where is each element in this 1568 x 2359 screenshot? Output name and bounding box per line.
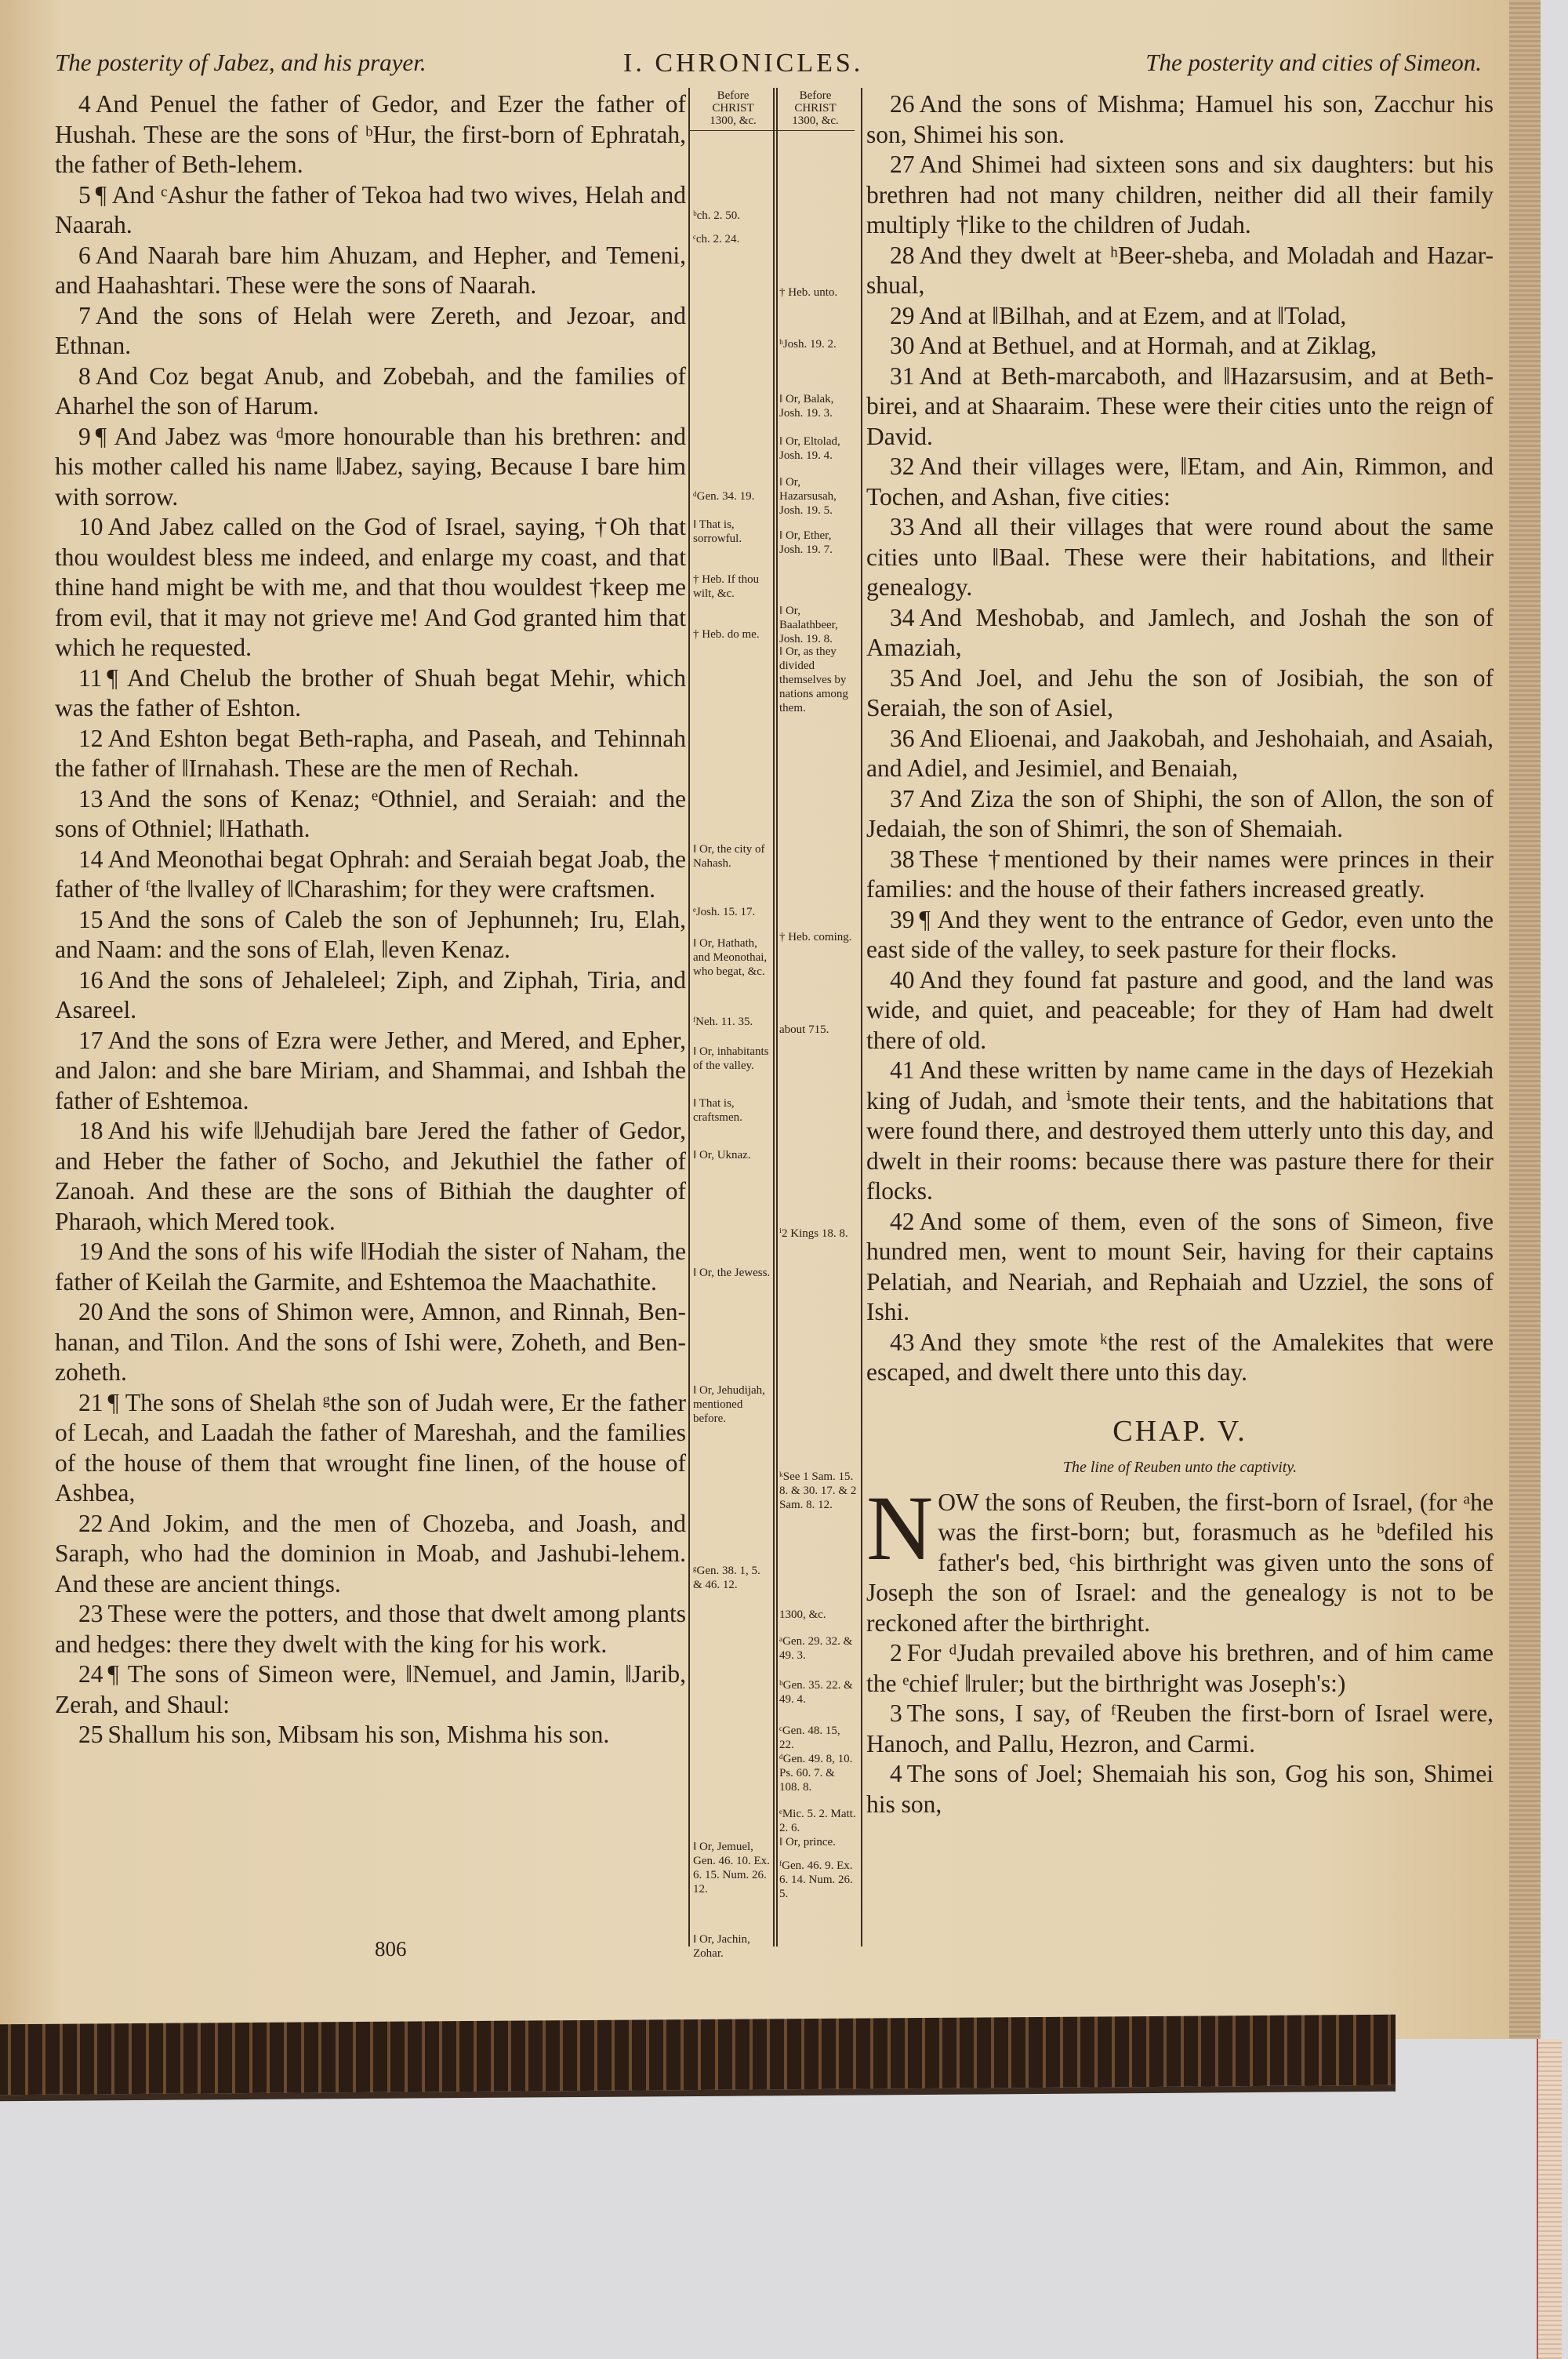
verse-number: 33: [890, 513, 915, 540]
verse: 4The sons of Joel; Shemaiah his son, Gog…: [866, 1759, 1494, 1819]
verse-text: And Jokim, and the men of Chozeba, and J…: [55, 1510, 686, 1598]
verse-number: 42: [890, 1208, 915, 1235]
book-page: The posterity of Jabez, and his prayer. …: [0, 0, 1541, 2039]
verse: 8And Coz begat Anub, and Zobebah, and th…: [55, 362, 686, 422]
verse-number: 13: [78, 785, 103, 812]
verse-text: And at Bethuel, and at Hormah, and at Zi…: [920, 332, 1377, 359]
verse: 15And the sons of Caleb the son of Jephu…: [55, 905, 686, 965]
chapter-5-verses: NOW the sons of Reuben, the first-born o…: [866, 1488, 1494, 1820]
verse-text: And they found fat pasture and good, and…: [866, 966, 1494, 1054]
margin-note: † Heb. unto.: [779, 285, 858, 300]
verse: 36And Elioenai, and Jaakobah, and Jeshoh…: [866, 724, 1494, 784]
verse-text: ¶ The sons of Shelah ᵍthe son of Judah w…: [55, 1389, 686, 1507]
margin-note: ᵇGen. 35. 22. & 49. 4.: [779, 1678, 858, 1707]
margin-note: ⁱ2 Kings 18. 8.: [779, 1227, 858, 1241]
verse-number: 41: [890, 1056, 915, 1084]
verse: 27And Shimei had sixteen sons and six da…: [866, 150, 1494, 241]
verse-text: ¶ And they went to the entrance of Gedor…: [866, 906, 1494, 964]
verse: 28And they dwelt at ʰBeer-sheba, and Mol…: [866, 241, 1494, 301]
verse: 37And Ziza the son of Shiphi, the son of…: [866, 784, 1494, 845]
column-rule: [861, 88, 862, 1946]
verse-number: 4: [890, 1760, 902, 1787]
verse: 12And Eshton begat Beth-rapha, and Pasea…: [55, 724, 686, 784]
verse-number: 5: [78, 181, 91, 209]
verse-number: 32: [890, 453, 915, 480]
chapter-summary: The line of Reuben unto the captivity.: [866, 1452, 1494, 1483]
verse-text: And the sons of Ezra were Jether, and Me…: [55, 1027, 686, 1114]
verse-number: 10: [78, 513, 103, 540]
verse: 19And the sons of his wife ‖Hodiah the s…: [55, 1237, 686, 1297]
margin-note: ᵉMic. 5. 2. Matt. 2. 6.: [779, 1807, 858, 1835]
verse-number: 19: [78, 1238, 103, 1265]
verse-text: These †mentioned by their names were pri…: [866, 845, 1494, 903]
verse-text: And Ziza the son of Shiphi, the son of A…: [866, 785, 1494, 843]
verse: 4And Penuel the father of Gedor, and Eze…: [55, 89, 686, 180]
verse-text: ¶ And ᶜAshur the father of Tekoa had two…: [55, 181, 686, 239]
verse: 13And the sons of Kenaz; ᵉOthniel, and S…: [55, 784, 686, 845]
verse-number: 12: [78, 725, 103, 752]
verse-text: Shallum his son, Mibsam his son, Mishma …: [108, 1721, 610, 1748]
page-edges: [1509, 0, 1541, 2039]
verse-number: 37: [890, 785, 915, 812]
verse: 10And Jabez called on the God of Israel,…: [55, 512, 686, 663]
margin-note: ‖ Or, Ether, Josh. 19. 7.: [779, 529, 858, 557]
margin-note: ᶜGen. 48. 15, 22.: [779, 1724, 858, 1752]
margin-note: ‖ Or, the Jewess.: [693, 1266, 771, 1280]
verse-text: And Penuel the father of Gedor, and Ezer…: [55, 90, 686, 178]
verse-text: And the sons of Jehaleleel; Ziph, and Zi…: [55, 966, 686, 1024]
verse-number: 6: [78, 242, 91, 269]
verse: 5¶ And ᶜAshur the father of Tekoa had tw…: [55, 180, 686, 241]
verse-text: And Jabez called on the God of Israel, s…: [55, 513, 686, 661]
verse: 34And Meshobab, and Jamlech, and Joshah …: [866, 603, 1494, 663]
verse-number: 8: [78, 362, 91, 390]
verse-number: 21: [78, 1389, 103, 1416]
margin-note: ᵈGen. 49. 8, 10. Ps. 60. 7. & 108. 8.: [779, 1752, 858, 1794]
verse-number: 17: [78, 1027, 103, 1054]
verse-number: 30: [890, 332, 915, 359]
verse-text: And the sons of his wife ‖Hodiah the sis…: [55, 1238, 686, 1296]
margin-note: ‖ Or, prince.: [779, 1835, 858, 1849]
verse-text: And Shimei had sixteen sons and six daug…: [866, 151, 1494, 238]
verse: 41And these written by name came in the …: [866, 1056, 1494, 1207]
verse-number: 24: [78, 1660, 103, 1688]
verse-number: 43: [890, 1329, 915, 1356]
chapter-title: CHAP. V.: [866, 1416, 1494, 1447]
verse: 14And Meonothai begat Ophrah: and Seraia…: [55, 845, 686, 905]
verse-number: 23: [78, 1600, 103, 1627]
margin-note: ᵍGen. 38. 1, 5. & 46. 12.: [693, 1564, 771, 1592]
margin-note: † Heb. do me.: [693, 627, 771, 642]
verse: 25Shallum his son, Mibsam his son, Mishm…: [55, 1720, 686, 1750]
verse-text: And all their villages that were round a…: [866, 513, 1494, 601]
verse: 40And they found fat pasture and good, a…: [866, 965, 1494, 1056]
margin-note: ‖ Or, Hathath, and Meonothai, who begat,…: [693, 936, 771, 979]
verse: 31And at Beth-marcaboth, and ‖Hazarsusim…: [866, 362, 1494, 453]
margin-note: ᵈGen. 34. 19.: [693, 489, 771, 503]
verse: 21¶ The sons of Shelah ᵍthe son of Judah…: [55, 1388, 686, 1509]
verse-number: 26: [890, 90, 915, 118]
verse-number: 28: [890, 242, 915, 269]
verse-text: And they smote ᵏthe rest of the Amalekit…: [866, 1329, 1494, 1387]
verse-number: 39: [890, 906, 915, 933]
column-rule: [688, 88, 690, 1946]
column-rule: [776, 88, 778, 1946]
margin-note: ᵃGen. 29. 32. & 49. 3.: [779, 1634, 858, 1663]
margin-note: ‖ Or, Baalathbeer, Josh. 19. 8.: [779, 604, 858, 646]
verse: 16And the sons of Jehaleleel; Ziph, and …: [55, 965, 686, 1026]
verse-text: And Coz begat Anub, and Zobebah, and the…: [55, 362, 686, 420]
verse-text: And the sons of Mishma; Hamuel his son, …: [866, 90, 1494, 148]
verse-number: 27: [890, 151, 915, 178]
verse: 20And the sons of Shimon were, Amnon, an…: [55, 1297, 686, 1388]
verse: 42And some of them, even of the sons of …: [866, 1207, 1494, 1328]
chapter-4-continued: 26And the sons of Mishma; Hamuel his son…: [866, 89, 1494, 1388]
margin-note: ᶠGen. 46. 9. Ex. 6. 14. Num. 26. 5.: [779, 1859, 858, 1901]
verse-text: And Meonothai begat Ophrah: and Seraiah …: [55, 845, 686, 903]
margin-note: ‖ Or, inhabitants of the valley.: [693, 1045, 771, 1073]
verse-number: 7: [78, 302, 91, 329]
verse: 11¶ And Chelub the brother of Shuah bega…: [55, 663, 686, 724]
verse: 39¶ And they went to the entrance of Ged…: [866, 905, 1494, 965]
verse: 23These were the potters, and those that…: [55, 1599, 686, 1659]
margin-note: ‖ Or, the city of Nahash.: [693, 842, 771, 871]
column-rule: [773, 88, 775, 1946]
verse-text: The sons of Joel; Shemaiah his son, Gog …: [866, 1760, 1494, 1818]
margin-note: about 715.: [779, 1023, 858, 1037]
margin-note: ʰJosh. 19. 2.: [779, 337, 858, 351]
margin-note: ‖ Or, Balak, Josh. 19. 3.: [779, 392, 858, 420]
margin-note: ᵏSee 1 Sam. 15. 8. & 30. 17. & 2 Sam. 8.…: [779, 1470, 858, 1512]
bookmark-ribbon: [1537, 2039, 1562, 2359]
verse-number: 14: [78, 845, 103, 873]
running-head: The posterity of Jabez, and his prayer. …: [55, 49, 1490, 80]
verse-text: And Joel, and Jehu the son of Josibiah, …: [866, 664, 1494, 722]
verse: 33And all their villages that were round…: [866, 512, 1494, 603]
margin-note: ‖ Or, Jemuel, Gen. 46. 10. Ex. 6. 15. Nu…: [693, 1840, 771, 1896]
verse-text: OW the sons of Reuben, the first-born of…: [866, 1488, 1494, 1637]
margin-note: ᵉJosh. 15. 17.: [693, 905, 771, 919]
verse-text: The sons, I say, of ᶠReuben the first-bo…: [866, 1699, 1494, 1757]
verse: 35And Joel, and Jehu the son of Josibiah…: [866, 663, 1494, 724]
verse: 43And they smote ᵏthe rest of the Amalek…: [866, 1328, 1494, 1388]
margin-note: 1300, &c.: [779, 1608, 858, 1622]
margin-note: ‖ Or, Jachin, Zohar.: [693, 1932, 771, 1961]
verse-number: 40: [890, 966, 915, 994]
verse: 29And at ‖Bilhah, and at Ezem, and at ‖T…: [866, 301, 1494, 332]
margin-note: † Heb. If thou wilt, &c.: [693, 572, 771, 601]
verse: 38These †mentioned by their names were p…: [866, 845, 1494, 905]
margin-note: ‖ That is, sorrowful.: [693, 518, 771, 546]
verse-number: 11: [78, 664, 102, 692]
verse-text: And these written by name came in the da…: [866, 1056, 1494, 1205]
verse-text: And their villages were, ‖Etam, and Ain,…: [866, 453, 1494, 511]
book-cover-edge: [0, 2015, 1396, 2101]
verse-number: 36: [890, 725, 915, 752]
verse-number: 35: [890, 664, 915, 692]
verse-text: ¶ And Chelub the brother of Shuah begat …: [55, 664, 686, 722]
verse-text: And Meshobab, and Jamlech, and Joshah th…: [866, 604, 1494, 662]
verse-number: 31: [890, 362, 915, 390]
running-head-left: The posterity of Jabez, and his prayer.: [55, 49, 426, 77]
verse-number: 22: [78, 1510, 103, 1537]
verse-text: ¶ And Jabez was ᵈmore honourable than hi…: [55, 423, 686, 511]
right-text-column: 26And the sons of Mishma; Hamuel his son…: [866, 89, 1494, 1819]
verse-text: And Eshton begat Beth-rapha, and Paseah,…: [55, 725, 686, 783]
verse: 30And at Bethuel, and at Hormah, and at …: [866, 331, 1494, 362]
running-head-right: The posterity and cities of Simeon.: [1145, 49, 1482, 77]
verse-number: 9: [78, 423, 91, 450]
margin-note: ᶜch. 2. 24.: [693, 232, 771, 246]
verse: 3The sons, I say, of ᶠReuben the first-b…: [866, 1699, 1494, 1759]
drop-cap: N: [866, 1491, 933, 1566]
verse: 24¶ The sons of Simeon were, ‖Nemuel, an…: [55, 1659, 686, 1720]
margin-note: ‖ Or, Uknaz.: [693, 1148, 771, 1162]
verse-number: 16: [78, 966, 103, 994]
verse-number: 25: [78, 1721, 103, 1748]
verse-number: 4: [78, 90, 91, 118]
verse-number: 18: [78, 1117, 103, 1144]
verse: 22And Jokim, and the men of Chozeba, and…: [55, 1509, 686, 1600]
margin-note: ᵇch. 2. 50.: [693, 209, 771, 223]
verse-number: 29: [890, 302, 915, 329]
margin-note: ‖ Or, as they divided themselves by nati…: [779, 645, 858, 715]
margin-notes-right: Before CHRIST 1300, &c. † Heb. unto.ʰJos…: [776, 89, 855, 136]
page-number: 806: [375, 1937, 407, 1961]
margin-note: † Heb. coming.: [779, 930, 858, 944]
verse: 6And Naarah bare him Ahuzam, and Hepher,…: [55, 241, 686, 301]
verse-text: And Elioenai, and Jaakobah, and Jeshohai…: [866, 725, 1494, 783]
margin-note: ‖ Or, Eltolad, Josh. 19. 4.: [779, 434, 858, 463]
verse-text: For ᵈJudah prevailed above his brethren,…: [866, 1639, 1494, 1697]
verse: NOW the sons of Reuben, the first-born o…: [866, 1488, 1494, 1639]
margin-notes-left: Before CHRIST 1300, &c. ᵇch. 2. 50.ᶜch. …: [690, 89, 776, 136]
verse: 2For ᵈJudah prevailed above his brethren…: [866, 1638, 1494, 1699]
verse-text: And they dwelt at ʰBeer-sheba, and Molad…: [866, 242, 1494, 300]
verse-text: And the sons of Helah were Zereth, and J…: [55, 302, 686, 360]
verse: 9¶ And Jabez was ᵈmore honourable than h…: [55, 422, 686, 513]
verse-text: These were the potters, and those that d…: [55, 1600, 686, 1658]
verse-text: ¶ The sons of Simeon were, ‖Nemuel, and …: [55, 1660, 686, 1718]
verse-number: 3: [890, 1699, 902, 1727]
verse: 18And his wife ‖Jehudijah bare Jered the…: [55, 1116, 686, 1237]
verse: 17And the sons of Ezra were Jether, and …: [55, 1026, 686, 1117]
verse-text: And some of them, even of the sons of Si…: [866, 1208, 1494, 1326]
verse-number: 20: [78, 1298, 103, 1325]
verse-text: And at ‖Bilhah, and at Ezem, and at ‖Tol…: [920, 302, 1347, 329]
verse-text: And the sons of Caleb the son of Jephunn…: [55, 906, 686, 964]
margin-note: ‖ Or, Jehudijah, mentioned before.: [693, 1383, 771, 1426]
book-title: I. CHRONICLES.: [623, 49, 863, 78]
verse: 26And the sons of Mishma; Hamuel his son…: [866, 89, 1494, 150]
verse: 32And their villages were, ‖Etam, and Ai…: [866, 452, 1494, 512]
margin-header: Before CHRIST 1300, &c.: [776, 89, 855, 131]
verse-number: 15: [78, 906, 103, 933]
verse-number: 34: [890, 604, 915, 631]
verse-text: And Naarah bare him Ahuzam, and Hepher, …: [55, 242, 686, 300]
verse-text: And the sons of Shimon were, Amnon, and …: [55, 1298, 686, 1386]
verse: 7And the sons of Helah were Zereth, and …: [55, 301, 686, 362]
verse-text: And at Beth-marcaboth, and ‖Hazarsusim, …: [866, 362, 1494, 450]
left-text-column: 4And Penuel the father of Gedor, and Eze…: [55, 89, 686, 1750]
margin-note: ‖ That is, craftsmen.: [693, 1096, 771, 1125]
margin-note: ᶠNeh. 11. 35.: [693, 1015, 771, 1029]
margin-header: Before CHRIST 1300, &c.: [690, 89, 776, 131]
verse-number: 38: [890, 845, 915, 873]
margin-note: ‖ Or, Hazarsusah, Josh. 19. 5.: [779, 475, 858, 518]
verse-text: And the sons of Kenaz; ᵉOthniel, and Ser…: [55, 785, 686, 843]
verse-number: 2: [890, 1639, 902, 1667]
verse-text: And his wife ‖Jehudijah bare Jered the f…: [55, 1117, 686, 1235]
